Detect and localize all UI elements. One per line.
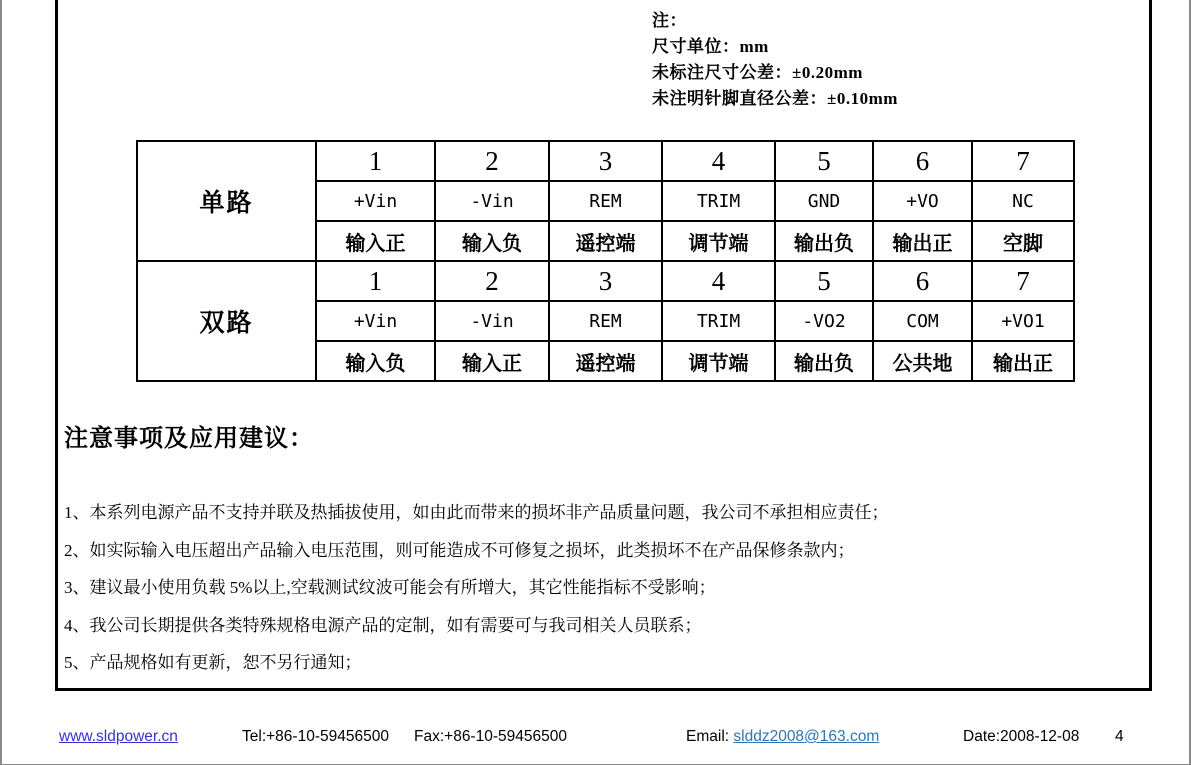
pin-number-cell: 2 <box>435 141 549 181</box>
table-row: 双路 1 2 3 4 5 6 7 <box>137 261 1074 301</box>
email-block: Email: slddz2008@163.com <box>686 728 879 746</box>
pin-name-cell: +VO <box>873 181 972 221</box>
advisory-item-4: 4、我公司长期提供各类特殊规格电源产品的定制，如有需要可与我司相关人员联系； <box>64 616 1104 636</box>
pin-desc-cell: 公共地 <box>873 341 972 381</box>
table-row: 单路 1 2 3 4 5 6 7 <box>137 141 1074 181</box>
advisory-section-heading: 注意事项及应用建议： <box>64 418 314 453</box>
section-label-single: 单路 <box>137 141 316 261</box>
advisory-item-1: 1、本系列电源产品不支持并联及热插拔使用，如由此而带来的损坏非产品质量问题，我公… <box>64 503 1104 523</box>
pin-desc-cell: 遥控端 <box>549 341 662 381</box>
pin-name-cell: REM <box>549 301 662 341</box>
pin-name-cell: +Vin <box>316 301 435 341</box>
pin-desc-cell: 调节端 <box>662 221 775 261</box>
email-link[interactable]: slddz2008@163.com <box>733 728 879 745</box>
website-link[interactable]: www.sldpower.cn <box>59 728 178 746</box>
dimension-notes: 注： 尺寸单位：mm 未标注尺寸公差：±0.20mm 未注明针脚直径公差：±0.… <box>652 8 898 112</box>
pin-name-cell: +VO1 <box>972 301 1074 341</box>
pin-desc-cell: 输入负 <box>435 221 549 261</box>
page-number: 4 <box>1115 728 1124 746</box>
pin-number-cell: 1 <box>316 261 435 301</box>
pin-desc-cell: 调节端 <box>662 341 775 381</box>
pin-number-cell: 4 <box>662 141 775 181</box>
pin-number-cell: 5 <box>775 141 873 181</box>
pin-desc-cell: 输入正 <box>435 341 549 381</box>
datasheet-page: 注： 尺寸单位：mm 未标注尺寸公差：±0.20mm 未注明针脚直径公差：±0.… <box>0 0 1191 765</box>
advisory-item-3: 3、建议最小使用负载 5%以上,空载测试纹波可能会有所增大，其它性能指标不受影响… <box>64 578 1104 598</box>
pin-definition-table: 单路 1 2 3 4 5 6 7 +Vin -Vin REM TRIM GND … <box>136 140 1075 382</box>
pin-name-cell: GND <box>775 181 873 221</box>
pin-desc-cell: 输出负 <box>775 341 873 381</box>
pin-desc-cell: 输入负 <box>316 341 435 381</box>
pin-number-cell: 3 <box>549 141 662 181</box>
note-pin-diameter-tolerance: 未注明针脚直径公差：±0.10mm <box>652 86 898 112</box>
advisory-item-2: 2、如实际输入电压超出产品输入电压范围，则可能造成不可修复之损坏，此类损坏不在产… <box>64 541 1104 561</box>
pin-name-cell: COM <box>873 301 972 341</box>
pin-number-cell: 7 <box>972 141 1074 181</box>
pin-desc-cell: 输出正 <box>873 221 972 261</box>
notes-title: 注： <box>652 8 898 34</box>
pin-number-cell: 7 <box>972 261 1074 301</box>
pin-desc-cell: 输出正 <box>972 341 1074 381</box>
pin-desc-cell: 输入正 <box>316 221 435 261</box>
pin-name-cell: -VO2 <box>775 301 873 341</box>
fax-text: Fax:+86-10-59456500 <box>414 728 567 746</box>
pin-name-cell: TRIM <box>662 181 775 221</box>
pin-desc-cell: 空脚 <box>972 221 1074 261</box>
pin-name-cell: -Vin <box>435 301 549 341</box>
pin-name-cell: TRIM <box>662 301 775 341</box>
pin-number-cell: 6 <box>873 141 972 181</box>
pin-number-cell: 4 <box>662 261 775 301</box>
pin-number-cell: 6 <box>873 261 972 301</box>
page-footer: www.sldpower.cn Tel:+86-10-59456500 Fax:… <box>2 726 1191 750</box>
note-unit: 尺寸单位：mm <box>652 34 898 60</box>
pin-number-cell: 2 <box>435 261 549 301</box>
email-label: Email: <box>686 728 729 745</box>
pin-number-cell: 3 <box>549 261 662 301</box>
pin-name-cell: REM <box>549 181 662 221</box>
pin-name-cell: +Vin <box>316 181 435 221</box>
note-dimension-tolerance: 未标注尺寸公差：±0.20mm <box>652 60 898 86</box>
pin-desc-cell: 输出负 <box>775 221 873 261</box>
pin-number-cell: 1 <box>316 141 435 181</box>
date-text: Date:2008-12-08 <box>963 728 1079 746</box>
advisory-list: 1、本系列电源产品不支持并联及热插拔使用，如由此而带来的损坏非产品质量问题，我公… <box>64 503 1104 691</box>
section-label-dual: 双路 <box>137 261 316 381</box>
advisory-item-5: 5、产品规格如有更新，恕不另行通知； <box>64 653 1104 673</box>
pin-name-cell: NC <box>972 181 1074 221</box>
pin-desc-cell: 遥控端 <box>549 221 662 261</box>
pin-name-cell: -Vin <box>435 181 549 221</box>
tel-text: Tel:+86-10-59456500 <box>242 728 389 746</box>
pin-number-cell: 5 <box>775 261 873 301</box>
